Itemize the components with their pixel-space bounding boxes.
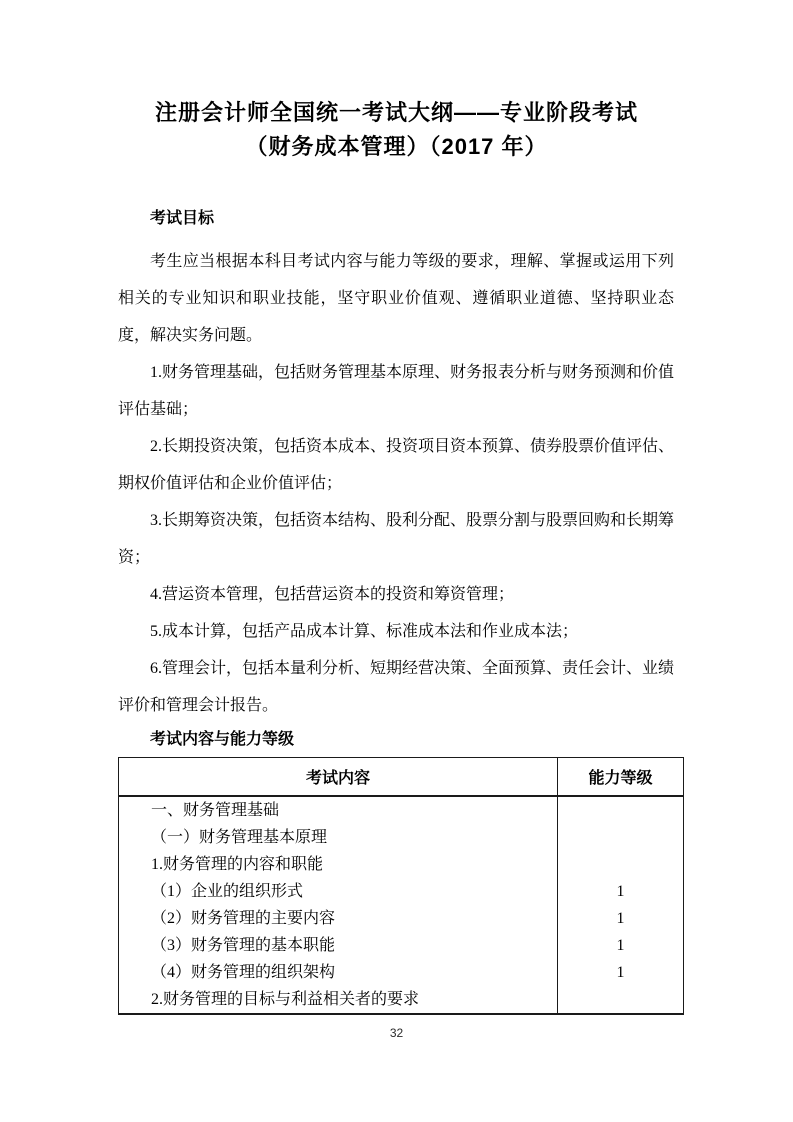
table-row: （3）财务管理的基本职能 1 bbox=[119, 932, 684, 959]
objectives-item-4: 4.营运资本管理，包括营运资本的投资和筹资管理； bbox=[118, 576, 674, 613]
objectives-item-6: 6.管理会计，包括本量利分析、短期经营决策、全面预算、责任会计、业绩评价和管理会… bbox=[118, 650, 674, 724]
row-level-cell: 1 bbox=[558, 878, 684, 905]
objectives-item-1: 1.财务管理基础，包括财务管理基本原理、财务报表分析与财务预测和价值评估基础； bbox=[118, 354, 674, 428]
title-line-1: 注册会计师全国统一考试大纲——专业阶段考试 bbox=[0, 96, 793, 130]
row-level-cell bbox=[558, 824, 684, 851]
row-content-cell: （一）财务管理基本原理 bbox=[119, 824, 558, 851]
objectives-intro-paragraph: 考生应当根据本科目考试内容与能力等级的要求，理解、掌握或运用下列相关的专业知识和… bbox=[118, 243, 674, 354]
table-row: 一、财务管理基础 bbox=[119, 796, 684, 824]
table-row: （2）财务管理的主要内容 1 bbox=[119, 905, 684, 932]
exam-objectives-heading: 考试目标 bbox=[118, 208, 674, 230]
row-content-cell: （4）财务管理的组织架构 bbox=[119, 959, 558, 986]
document-title: 注册会计师全国统一考试大纲——专业阶段考试 （财务成本管理）（2017 年） bbox=[0, 96, 793, 164]
row-level-cell: 1 bbox=[558, 932, 684, 959]
objectives-item-5: 5.成本计算，包括产品成本计算、标准成本法和作业成本法； bbox=[118, 613, 674, 650]
column-header-ability-level: 能力等级 bbox=[558, 758, 684, 797]
document-page: 注册会计师全国统一考试大纲——专业阶段考试 （财务成本管理）（2017 年） 考… bbox=[0, 0, 793, 1122]
table-row: （4）财务管理的组织架构 1 bbox=[119, 959, 684, 986]
column-header-exam-content: 考试内容 bbox=[119, 758, 558, 797]
row-level-cell bbox=[558, 796, 684, 824]
row-level-cell bbox=[558, 986, 684, 1014]
table-header-row: 考试内容 能力等级 bbox=[119, 758, 684, 797]
objectives-item-3: 3.长期筹资决策，包括资本结构、股利分配、股票分割与股票回购和长期筹资； bbox=[118, 502, 674, 576]
row-content-cell: 2.财务管理的目标与利益相关者的要求 bbox=[119, 986, 558, 1014]
row-level-cell: 1 bbox=[558, 959, 684, 986]
objectives-item-2: 2.长期投资决策，包括资本成本、投资项目资本预算、债券股票价值评估、期权价值评估… bbox=[118, 428, 674, 502]
table-row: （1）企业的组织形式 1 bbox=[119, 878, 684, 905]
row-content-cell: （3）财务管理的基本职能 bbox=[119, 932, 558, 959]
row-content-cell: 一、财务管理基础 bbox=[119, 796, 558, 824]
title-line-2: （财务成本管理）（2017 年） bbox=[0, 130, 793, 164]
exam-content-heading: 考试内容与能力等级 bbox=[118, 729, 674, 751]
page-number: 32 bbox=[0, 1026, 793, 1040]
table-row: 2.财务管理的目标与利益相关者的要求 bbox=[119, 986, 684, 1014]
row-content-cell: （1）企业的组织形式 bbox=[119, 878, 558, 905]
exam-content-table: 考试内容 能力等级 一、财务管理基础 （一）财务管理基本原理 1.财务管理的内容… bbox=[118, 757, 684, 1015]
table-row: （一）财务管理基本原理 bbox=[119, 824, 684, 851]
table-row: 1.财务管理的内容和职能 bbox=[119, 851, 684, 878]
row-content-cell: （2）财务管理的主要内容 bbox=[119, 905, 558, 932]
row-level-cell bbox=[558, 851, 684, 878]
exam-objectives-body: 考生应当根据本科目考试内容与能力等级的要求，理解、掌握或运用下列相关的专业知识和… bbox=[118, 243, 674, 724]
row-level-cell: 1 bbox=[558, 905, 684, 932]
row-content-cell: 1.财务管理的内容和职能 bbox=[119, 851, 558, 878]
